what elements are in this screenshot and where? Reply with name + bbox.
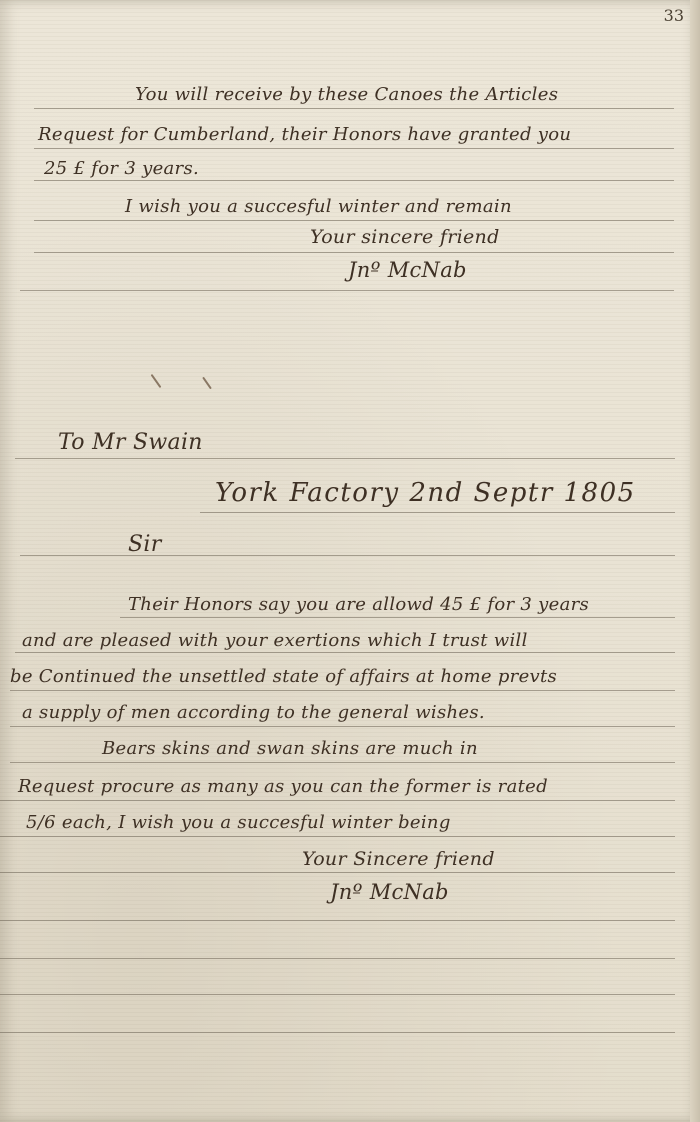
letter2-line-5: Bears skins and swan skins are much in xyxy=(102,738,478,759)
letter2-line-6: Request procure as many as you can the f… xyxy=(18,776,548,797)
letter2-line-1: Their Honors say you are allowd 45 £ for… xyxy=(128,594,589,615)
ruled-line xyxy=(34,148,674,149)
letter2-line-2: and are pleased with your exertions whic… xyxy=(22,630,528,651)
ruled-line xyxy=(0,1032,675,1033)
letter2-line-7: 5/6 each, I wish you a succesful winter … xyxy=(26,812,451,833)
manuscript-page: 33 You will receive by these Canoes the … xyxy=(0,0,700,1122)
ruled-line xyxy=(34,180,674,181)
page-number: 33 xyxy=(664,6,684,25)
letter1-line-2: Request for Cumberland, their Honors hav… xyxy=(38,124,571,145)
letter2-place-date: York Factory 2nd Septr 1805 xyxy=(215,478,636,508)
letter1-line-3: 25 £ for 3 years. xyxy=(44,158,199,179)
ruled-line xyxy=(34,220,674,221)
ruled-line xyxy=(0,920,675,921)
ruled-line xyxy=(0,872,675,873)
ruled-line xyxy=(34,108,674,109)
letter2-signature: Jnº McNab xyxy=(330,880,449,904)
ruled-line xyxy=(0,958,675,959)
letter2-line-4: a supply of men according to the general… xyxy=(22,702,485,723)
ruled-line xyxy=(0,994,675,995)
ruled-line xyxy=(20,290,674,291)
ruled-line xyxy=(0,800,675,801)
ruled-line xyxy=(15,458,675,459)
letter2-addressee: To Mr Swain xyxy=(58,430,203,455)
letter2-closing: Your Sincere friend xyxy=(302,848,495,870)
ruled-line xyxy=(34,252,674,253)
ruled-line xyxy=(10,726,675,727)
ruled-line xyxy=(120,617,675,618)
ink-mark xyxy=(202,377,212,390)
letter1-closing: Your sincere friend xyxy=(310,226,500,248)
letter2-salutation: Sir xyxy=(128,532,162,557)
ink-mark xyxy=(151,374,162,388)
ruled-line xyxy=(10,762,675,763)
letter1-line-4: I wish you a succesful winter and remain xyxy=(125,196,512,217)
ruled-line xyxy=(10,690,675,691)
letter1-line-1: You will receive by these Canoes the Art… xyxy=(135,84,558,105)
ruled-line xyxy=(20,555,675,556)
letter2-line-3: be Continued the unsettled state of affa… xyxy=(10,666,557,687)
page-edge xyxy=(690,0,700,1122)
letter1-signature: Jnº McNab xyxy=(348,258,467,282)
ruled-line xyxy=(200,512,675,513)
ruled-line xyxy=(15,652,675,653)
ruled-line xyxy=(0,836,675,837)
